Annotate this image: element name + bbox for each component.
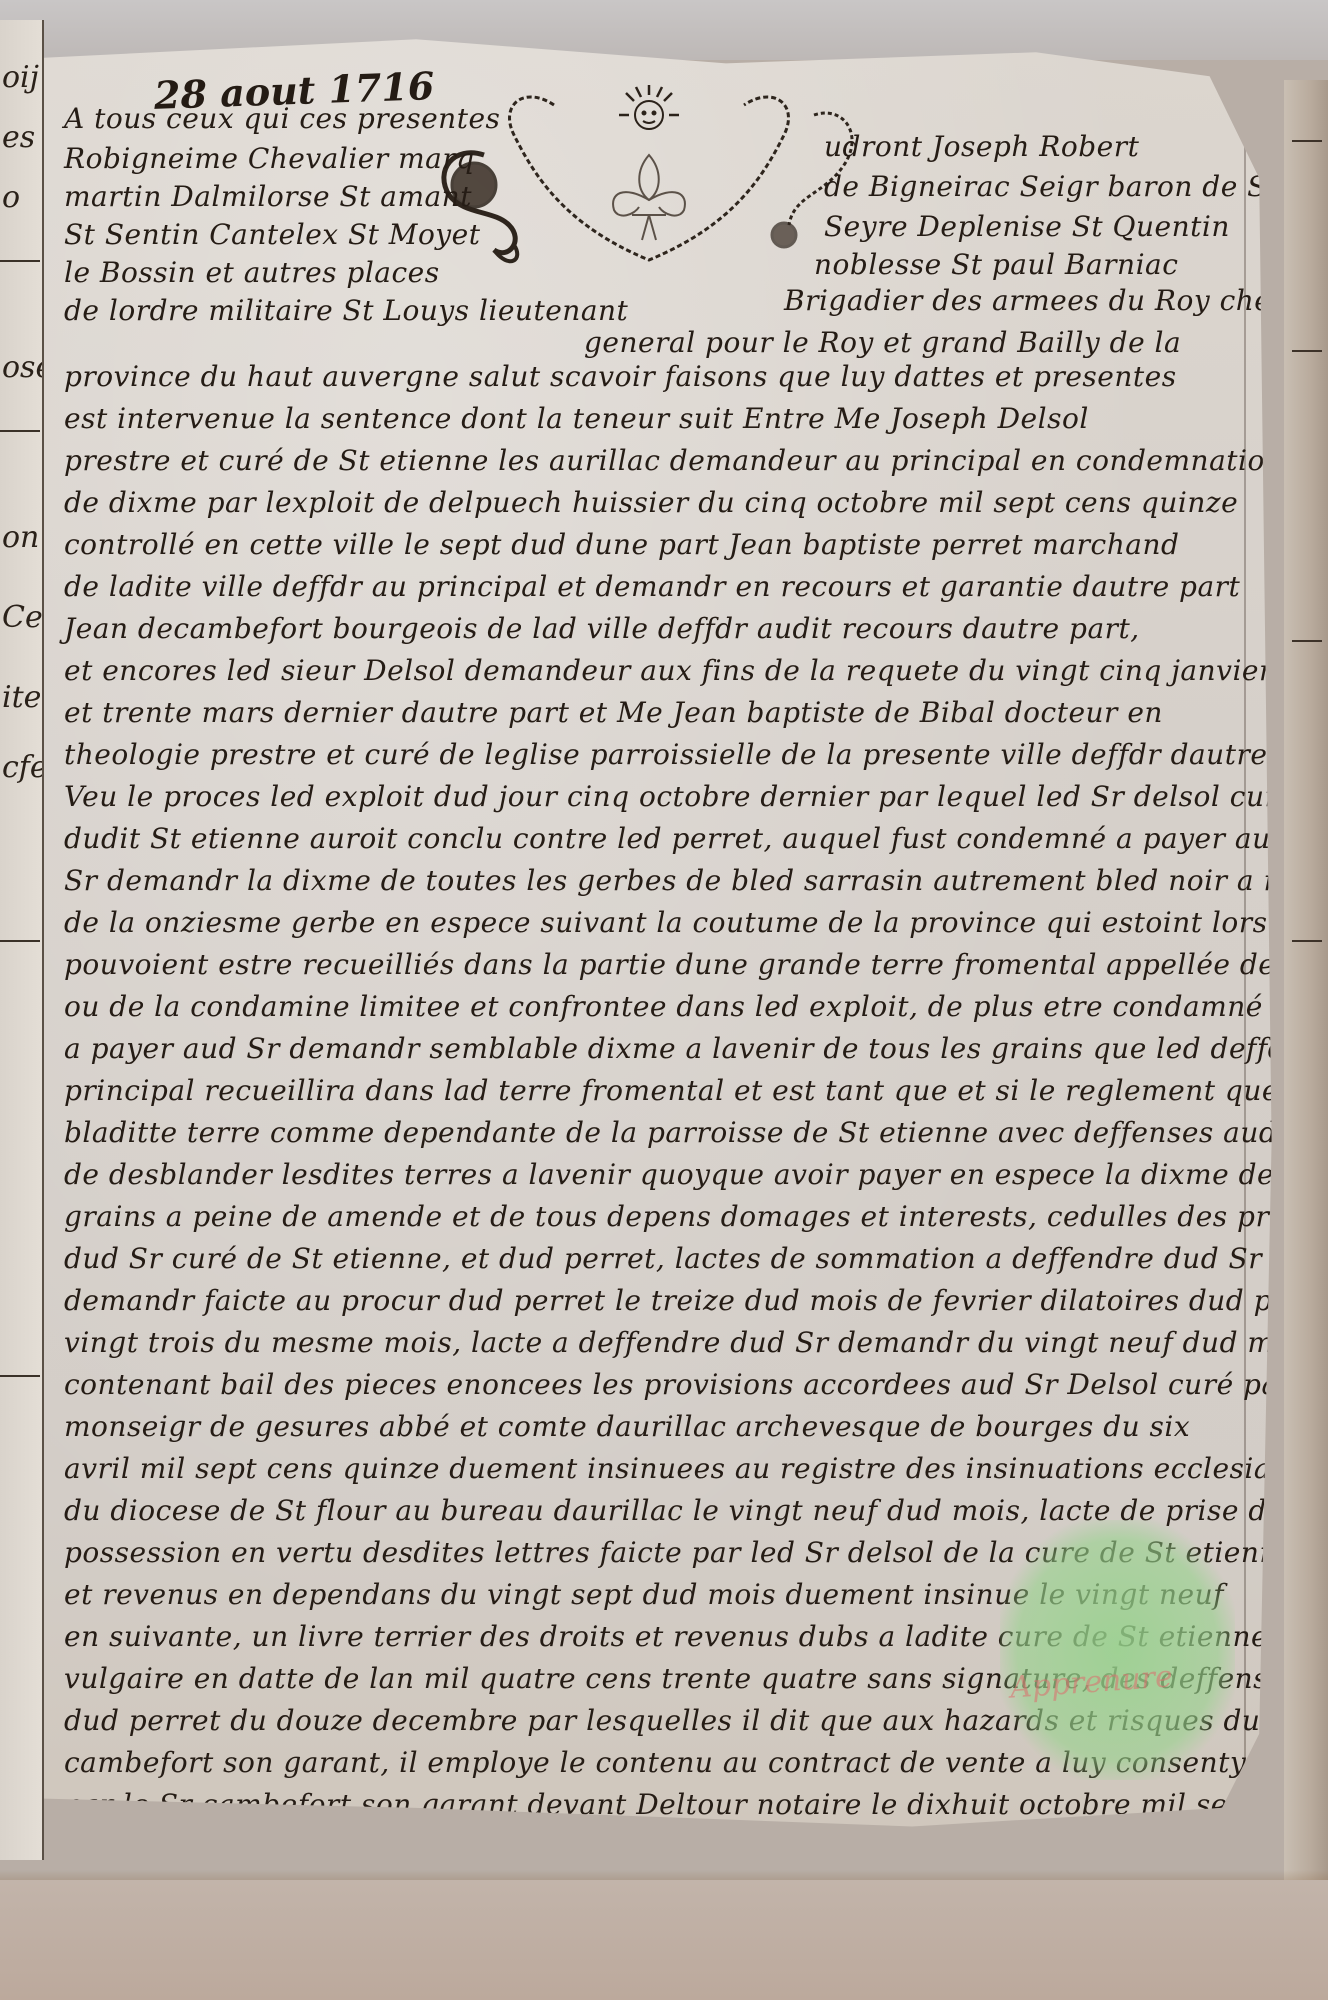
text-line: contenant bail des pieces enoncees les p… xyxy=(64,1368,1284,1402)
text-line: pouvoient estre recueilliés dans la part… xyxy=(64,948,1284,982)
text-line: avril mil sept cens quinze duement insin… xyxy=(64,1452,1284,1486)
text-line: dud Sr curé de St etienne, et dud perret… xyxy=(64,1242,1262,1276)
margin-fragment: oij xyxy=(2,60,39,95)
scroll-ornament-icon xyxy=(444,97,852,261)
edge-mark xyxy=(1292,940,1322,942)
text-line: a payer aud Sr demandr semblable dixme a… xyxy=(64,1032,1284,1066)
margin-fragment: Ce xyxy=(2,600,43,635)
text-line: principal recueillira dans lad terre fro… xyxy=(64,1074,1284,1108)
text-line: bladitte terre comme dependante de la pa… xyxy=(64,1116,1284,1150)
text-line: et trente mars dernier dautre part et Me… xyxy=(64,696,1163,730)
text-line: par le Sr cambefort son garant devant De… xyxy=(64,1788,1258,1822)
text-line: dudit St etienne auroit conclu contre le… xyxy=(64,822,1284,856)
text-line: du diocese de St flour au bureau daurill… xyxy=(64,1494,1284,1528)
text-line: de lordre militaire St Louys lieutenant xyxy=(64,294,628,328)
margin-fragment: on xyxy=(2,520,39,555)
margin-fragment: o xyxy=(2,180,20,215)
text-line: ou de la condamine limitee et confrontee… xyxy=(64,990,1263,1024)
sun-face-icon xyxy=(619,85,679,129)
text-line: est intervenue la sentence dont la teneu… xyxy=(64,402,1089,436)
text-line-right: noblesse St paul Barniac xyxy=(814,248,1178,282)
text-line: de desblander lesdites terres a lavenir … xyxy=(64,1158,1284,1192)
text-line: possession en vertu desdites lettres fai… xyxy=(64,1536,1284,1570)
adjacent-page-margin: oij es o ose on Ce ite cfe xyxy=(0,20,44,1860)
text-line: demandr faicte au procur dud perret le t… xyxy=(64,1284,1284,1318)
text-line: Sr demandr la dixme de toutes les gerbes… xyxy=(64,864,1284,898)
text-line: et revenus en dependans du vingt sept du… xyxy=(64,1578,1224,1612)
text-line: St Sentin Cantelex St Moyet xyxy=(64,218,480,252)
text-line: dud perret du douze decembre par lesquel… xyxy=(64,1704,1284,1738)
text-line-right: de Bigneirac Seigr baron de St xyxy=(824,170,1279,204)
margin-fragment: cfe xyxy=(2,750,44,785)
text-line: martin Dalmilorse St amant xyxy=(64,180,472,214)
text-line: le Bossin et autres places xyxy=(64,256,440,290)
margin-fragment: ite xyxy=(2,680,41,715)
text-line: province du haut auvergne salut scavoir … xyxy=(64,360,1177,394)
edge-mark xyxy=(1292,140,1322,142)
text-line: de dixme par lexploit de delpuech huissi… xyxy=(64,486,1238,520)
text-line: vingt trois du mesme mois, lacte a deffe… xyxy=(64,1326,1284,1360)
text-line-right: Brigadier des armees du Roy chevalier xyxy=(784,284,1284,318)
margin-rule xyxy=(0,260,40,262)
text-line: controllé en cette ville le sept dud dun… xyxy=(64,528,1179,562)
text-line-right: udront Joseph Robert xyxy=(824,130,1139,164)
text-line: de la onziesme gerbe en espece suivant l… xyxy=(64,906,1267,940)
margin-fragment: ose xyxy=(2,350,44,385)
margin-rule xyxy=(0,940,40,942)
background-bottom xyxy=(0,1880,1328,2000)
fleur-de-lis-icon xyxy=(613,155,685,240)
text-line: et encores led sieur Delsol demandeur au… xyxy=(64,654,1273,688)
text-line: grains a peine de amende et de tous depe… xyxy=(64,1200,1284,1234)
margin-rule xyxy=(0,430,40,432)
text-line: Jean decambefort bourgeois de lad ville … xyxy=(64,612,1140,646)
text-line: general pour le Roy et grand Bailly de l… xyxy=(584,326,1181,360)
edge-mark xyxy=(1292,640,1322,642)
margin-rule xyxy=(0,1375,40,1377)
page-edge-right xyxy=(1284,80,1328,1880)
text-line: cambefort son garant, il employe le cont… xyxy=(64,1746,1246,1780)
edge-mark xyxy=(1292,350,1322,352)
text-line-right: Seyre Deplenise St Quentin xyxy=(824,210,1230,244)
margin-fragment: es xyxy=(2,120,35,155)
text-line: en suivante, un livre terrier des droits… xyxy=(64,1620,1284,1654)
text-line: Veu le proces led exploit dud jour cinq … xyxy=(64,780,1284,814)
text-line: theologie prestre et curé de leglise par… xyxy=(64,738,1284,772)
text-line: de ladite ville deffdr au principal et d… xyxy=(64,570,1240,604)
manuscript-page: 28 aout 1716 xyxy=(44,30,1284,1882)
text-line: Robigneime Chevalier marq xyxy=(64,142,475,176)
text-line: monseigr de gesures abbé et comte dauril… xyxy=(64,1410,1190,1444)
text-line: A tous ceux qui ces presentes xyxy=(64,102,500,136)
text-line: prestre et curé de St etienne les aurill… xyxy=(64,444,1283,478)
